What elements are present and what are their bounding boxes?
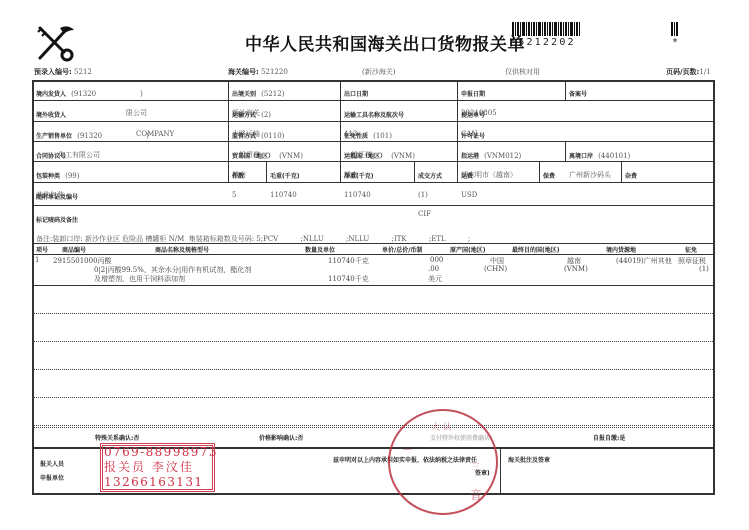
verification-note: 仅供核对用 [505, 67, 540, 77]
contract-number-field: 合同协议号 [33, 142, 228, 161]
page-title: 中华人民共和国海关出口货物报关单 [245, 30, 525, 55]
col-origin: 原产国(地区) [450, 245, 486, 254]
customs-office: (新沙海关) [362, 67, 395, 77]
stamp-name: 报关员 李汶佳 [104, 461, 194, 474]
barcode-icon [512, 22, 580, 36]
pieces-field: 件数5 [229, 162, 266, 182]
svg-text:三: 三 [471, 462, 480, 473]
declaring-unit-label: 申报单位 [40, 473, 64, 482]
col-price: 单价/总价/币制 [382, 245, 422, 254]
package-type-field: 包装种类 (99) 其他包装 [33, 162, 228, 182]
port-of-destination-field: 指运港 (VNM012) 胡志明市（越南） [458, 142, 565, 161]
barcode-number: *5212202 [510, 37, 576, 48]
transaction-mode-field: 成交方式 (1) CIF [415, 162, 457, 182]
svg-text:—: — [403, 445, 412, 455]
barcode-small-text: * [672, 37, 678, 48]
page-number: 页码/页数:1/1 [666, 67, 711, 77]
self-report-confirm: 自报自缴:是 [593, 433, 625, 442]
producer-field: 生产销售单位 (91320) 化工有限公司 [33, 122, 228, 141]
barcode-small-icon [671, 22, 678, 36]
col-goods-name: 商品名称及规格型号 [155, 245, 209, 254]
net-weight-field: 净重(千克)110740 [341, 162, 414, 182]
col-hs-code: 商品编号 [62, 245, 86, 254]
col-item-no: 项号 [36, 245, 48, 254]
exit-customs-field: 出境关别 (5212) 新沙海关 [229, 80, 340, 100]
pre-entry-number: 预录入编号: 5212 [34, 67, 92, 77]
customs-emblem-icon [34, 24, 78, 62]
export-date-field: 出口日期 [341, 80, 457, 100]
overseas-consignee-field: 境外收货人 COMPANY [33, 101, 228, 121]
levy-nature-field: 征免性质 (101) 一般征税 [341, 122, 457, 141]
attached-documents-field: 随附单证及编号 随附单证1:电子底账随附单证2:代理报关委托协议（电子）;发票;… [33, 183, 714, 205]
misc-fee-field: 杂费 [622, 162, 714, 182]
special-relation-confirm: 特殊关系确认:否 [95, 433, 139, 442]
col-destination: 最终目的国(地区) [512, 245, 560, 254]
freight-field: 运费USD [458, 162, 539, 182]
stamp-mobile: 13266163131 [104, 476, 203, 489]
record-number-field: 备案号 [566, 80, 714, 100]
domestic-shipper-field: 境内发货人 (91320) 限公司 [33, 80, 228, 100]
exit-port-field: 离境口岸 (440101) 广州新沙码头 [566, 142, 714, 161]
stamp-phone: 0769-88998973 [104, 446, 218, 459]
declare-date-field: 申报日期20210805 [458, 80, 565, 100]
trade-country-field: 贸易国（地区） (VNM) 越南 [229, 142, 340, 161]
seal-char: 音 [470, 486, 482, 503]
col-domestic-source: 境内货源地 [606, 245, 636, 254]
customs-annotation-label: 海关批注及签章 [508, 455, 550, 464]
transport-mode-field: 运输方式 (2) 水路运输 [229, 101, 340, 121]
price-influence-confirm: 价格影响确认:否 [259, 433, 303, 442]
company-seal-icon: 大 认 — 三 [383, 400, 501, 518]
col-quantity: 数量及单位 [305, 245, 335, 254]
destination-country-field: 运抵国（地区） (VNM) 越南 [341, 142, 457, 161]
bill-number-field: 提运单号CAN [458, 101, 714, 121]
col-levy: 征免 [685, 245, 697, 254]
license-number-field: 许可证号 [458, 122, 714, 141]
svg-text:大 认: 大 认 [431, 421, 452, 433]
declarant-label: 报关人员 [40, 459, 64, 468]
transport-tool-field: 运输工具名称及航次号413 [341, 101, 457, 121]
supervision-mode-field: 监管方式 (0110) 一般贸易 [229, 122, 340, 141]
insurance-field: 保费 [540, 162, 621, 182]
marks-remarks-field: 标记唛码及备注 备注:装卸口岸: 新沙作业区 危险品 槽罐柜 N/M 集装箱标箱… [33, 206, 714, 243]
customs-number: 海关编号: 521220 [228, 67, 288, 77]
gross-weight-field: 毛重(千克)110740 [267, 162, 340, 182]
